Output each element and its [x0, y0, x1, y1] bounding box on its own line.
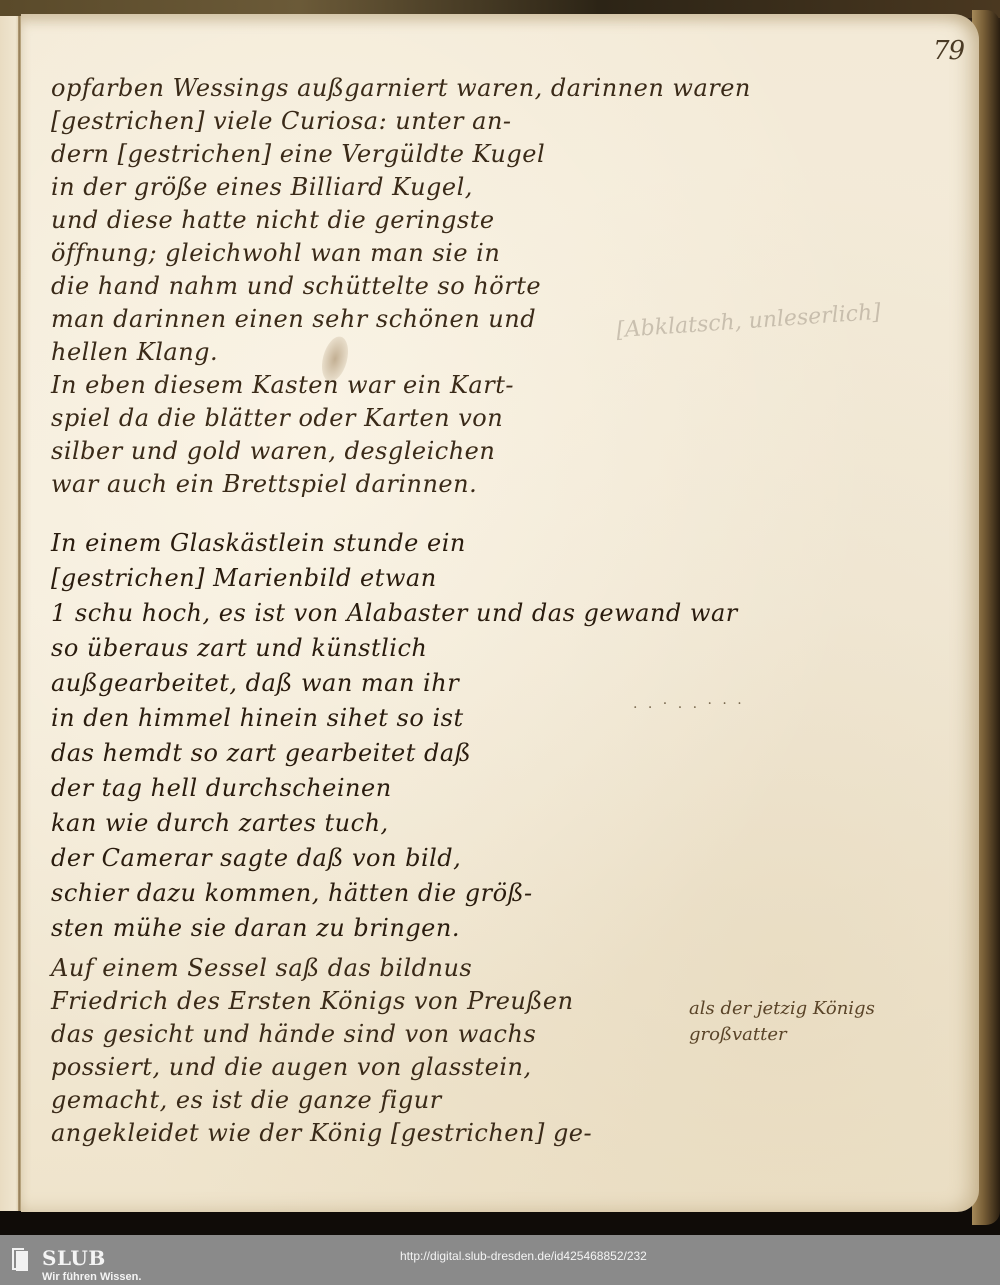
manuscript-line: opfarben Wessings außgarniert waren, dar…	[51, 74, 751, 102]
manuscript-line: sten mühe sie daran zu bringen.	[51, 914, 460, 942]
manuscript-line: possiert, und die augen von glasstein,	[51, 1053, 532, 1081]
manuscript-line: spiel da die blätter oder Karten von	[51, 404, 503, 432]
manuscript-line: das hemdt so zart gearbeitet daß	[51, 739, 471, 767]
manuscript-line: In eben diesem Kasten war ein Kart-	[51, 371, 514, 399]
manuscript-line: In einem Glaskästlein stunde ein	[51, 529, 466, 557]
logo-tagline: Wir führen Wissen.	[42, 1271, 141, 1283]
manuscript-page: 79 [Abklatsch, unleserlich] opfarben Wes…	[21, 14, 979, 1212]
permalink-url[interactable]: http://digital.slub-dresden.de/id4254688…	[400, 1249, 647, 1263]
manuscript-line: Friedrich des Ersten Königs von Preußen	[51, 987, 574, 1015]
manuscript-line: in der größe eines Billiard Kugel,	[51, 173, 473, 201]
manuscript-line: das gesicht und hände sind von wachs	[51, 1020, 536, 1048]
manuscript-line: außgearbeitet, daß wan man ihr	[51, 669, 459, 697]
book-pages-icon	[12, 1248, 26, 1270]
manuscript-line: [gestrichen] Marienbild etwan	[51, 564, 437, 592]
folio-number: 79	[933, 36, 964, 66]
manuscript-line: dern [gestrichen] eine Vergüldte Kugel	[51, 140, 545, 168]
manuscript-line: so überaus zart und künstlich	[51, 634, 427, 662]
logo-name: SLUB	[42, 1246, 106, 1270]
manuscript-line: angekleidet wie der König [gestrichen] g…	[51, 1119, 592, 1147]
slub-logo[interactable]: SLUB Wir führen Wissen.	[10, 1244, 160, 1280]
margin-dots: . . · . . · · ·	[633, 696, 745, 712]
faint-offset-note: [Abklatsch, unleserlich]	[615, 300, 881, 343]
manuscript-line: in den himmel hinein sihet so ist	[51, 704, 464, 732]
manuscript-line: hellen Klang.	[51, 338, 218, 366]
manuscript-line: [gestrichen] viele Curiosa: unter an-	[51, 107, 512, 135]
manuscript-line: 1 schu hoch, es ist von Alabaster und da…	[51, 599, 738, 627]
footer-bar: SLUB Wir führen Wissen. http://digital.s…	[0, 1235, 1000, 1285]
manuscript-line: man darinnen einen sehr schönen und	[51, 305, 536, 333]
manuscript-line: der Camerar sagte daß von bild,	[51, 844, 461, 872]
manuscript-line: die hand nahm und schüttelte so hörte	[51, 272, 541, 300]
margin-annotation-line: als der jetzig Königs	[689, 996, 875, 1022]
manuscript-line: schier dazu kommen, hätten die größ-	[51, 879, 533, 907]
manuscript-line: war auch ein Brettspiel darinnen.	[51, 470, 477, 498]
manuscript-line: Auf einem Sessel saß das bildnus	[51, 954, 472, 982]
manuscript-line: der tag hell durchscheinen	[51, 774, 392, 802]
manuscript-line: kan wie durch zartes tuch,	[51, 809, 389, 837]
binding-gutter	[18, 16, 21, 1211]
margin-annotation: als der jetzig Königs großvatter	[689, 996, 875, 1048]
manuscript-line: gemacht, es ist die ganze figur	[51, 1086, 442, 1114]
manuscript-line: silber und gold waren, desgleichen	[51, 437, 495, 465]
manuscript-line: und diese hatte nicht die geringste	[51, 206, 495, 234]
manuscript-line: öffnung; gleichwohl wan man sie in	[51, 239, 500, 267]
margin-annotation-line: großvatter	[689, 1022, 875, 1048]
